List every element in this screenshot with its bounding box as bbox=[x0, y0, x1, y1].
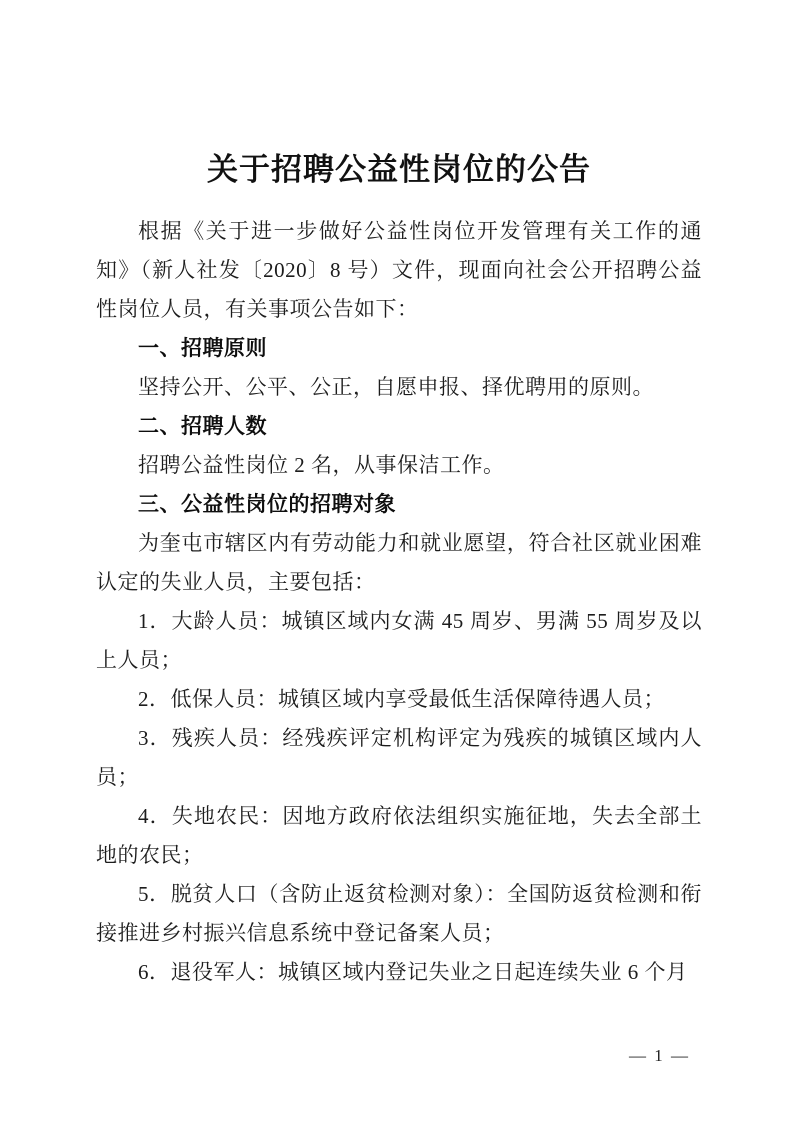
page-number: — 1 — bbox=[629, 1046, 690, 1066]
section-heading-recruitment-targets: 三、公益性岗位的招聘对象 bbox=[96, 485, 702, 524]
paragraph-intro: 根据《关于进一步做好公益性岗位开发管理有关工作的通知》（新人社发〔2020〕8 … bbox=[96, 212, 702, 329]
list-item-1-older-persons: 1．大龄人员：城镇区域内女满 45 周岁、男满 55 周岁及以上人员； bbox=[96, 602, 702, 680]
list-item-3-disabled: 3．残疾人员：经残疾评定机构评定为残疾的城镇区域内人员； bbox=[96, 719, 702, 797]
paragraph-headcount: 招聘公益性岗位 2 名，从事保洁工作。 bbox=[96, 446, 702, 485]
document-page: 关于招聘公益性岗位的公告 根据《关于进一步做好公益性岗位开发管理有关工作的通知》… bbox=[0, 0, 793, 1122]
document-content: 关于招聘公益性岗位的公告 根据《关于进一步做好公益性岗位开发管理有关工作的通知》… bbox=[96, 149, 702, 992]
document-title: 关于招聘公益性岗位的公告 bbox=[96, 149, 702, 191]
paragraph-principles: 坚持公开、公平、公正，自愿申报、择优聘用的原则。 bbox=[96, 368, 702, 407]
paragraph-targets-intro: 为奎屯市辖区内有劳动能力和就业愿望，符合社区就业困难认定的失业人员，主要包括： bbox=[96, 524, 702, 602]
section-heading-recruitment-headcount: 二、招聘人数 bbox=[96, 407, 702, 446]
list-item-6-veterans: 6．退役军人：城镇区域内登记失业之日起连续失业 6 个月 bbox=[96, 953, 702, 992]
list-item-4-landless-farmers: 4．失地农民：因地方政府依法组织实施征地，失去全部土地的农民； bbox=[96, 797, 702, 875]
list-item-2-low-income: 2．低保人员：城镇区域内享受最低生活保障待遇人员； bbox=[96, 680, 702, 719]
section-heading-recruitment-principles: 一、招聘原则 bbox=[96, 329, 702, 368]
list-item-5-poverty-alleviated: 5．脱贫人口（含防止返贫检测对象）：全国防返贫检测和衔接推进乡村振兴信息系统中登… bbox=[96, 875, 702, 953]
